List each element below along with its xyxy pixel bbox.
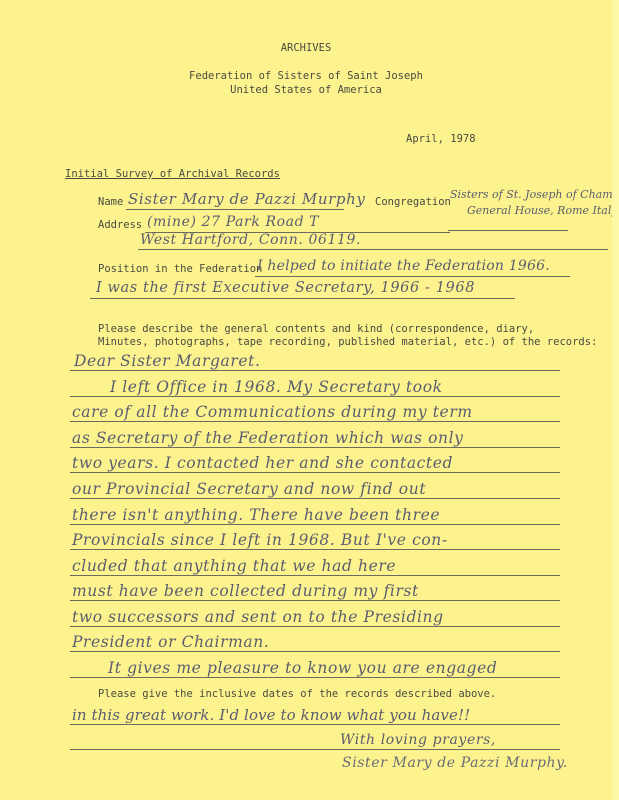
dates-rule (70, 749, 560, 750)
document-date: April, 1978 (406, 133, 476, 145)
dates-rule (70, 724, 560, 725)
answer-line: there isn't anything. There have been th… (72, 506, 440, 524)
answer-rule (70, 396, 560, 397)
answer-line: two years. I contacted her and she conta… (72, 454, 453, 472)
answer-rule (70, 498, 560, 499)
page-edge (612, 0, 619, 800)
congregation-label: Congregation (375, 196, 451, 208)
answer-rule (70, 421, 560, 422)
answer-rule (70, 651, 560, 652)
name-field-line (126, 209, 344, 210)
address-value-line-2: West Hartford, Conn. 06119. (140, 232, 361, 248)
dates-prompt: Please give the inclusive dates of the r… (98, 688, 496, 700)
signature: Sister Mary de Pazzi Murphy. (342, 755, 568, 771)
name-label: Name (98, 196, 123, 208)
organization-line-2: United States of America (0, 84, 612, 96)
answer-line: It gives me pleasure to know you are eng… (108, 659, 497, 677)
address-field-line-2 (138, 249, 608, 250)
answer-line: two successors and sent on to the Presid… (72, 608, 444, 626)
position-value-line-1: I helped to initiate the Federation 1966… (257, 258, 550, 274)
answer-rule (70, 447, 560, 448)
describe-prompt-line-1: Please describe the general contents and… (98, 323, 534, 335)
answer-line: cluded that anything that we had here (72, 557, 396, 575)
answer-rule (70, 472, 560, 473)
describe-prompt-line-2: Minutes, photographs, tape recording, pu… (98, 336, 597, 348)
survey-page: ARCHIVES Federation of Sisters of Saint … (0, 0, 612, 800)
closing-line: With loving prayers, (340, 732, 496, 748)
answer-line: President or Chairman. (72, 633, 269, 651)
organization-line-1: Federation of Sisters of Saint Joseph (0, 70, 612, 82)
name-value: Sister Mary de Pazzi Murphy (128, 190, 365, 208)
position-value-line-2: I was the first Executive Secretary, 196… (96, 280, 475, 296)
answer-line: our Provincial Secretary and now find ou… (72, 480, 426, 498)
answer-rule (70, 575, 560, 576)
form-title: Initial Survey of Archival Records (65, 168, 280, 180)
answer-rule (70, 370, 560, 371)
address-label: Address (98, 219, 142, 231)
answer-rule (70, 600, 560, 601)
answer-line: Provincials since I left in 1968. But I'… (72, 531, 448, 549)
archives-heading: ARCHIVES (0, 42, 612, 54)
answer-rule (70, 524, 560, 525)
congregation-field-line (448, 230, 568, 231)
position-label: Position in the Federation (98, 263, 262, 275)
dates-line: in this great work. I'd love to know wha… (72, 706, 470, 724)
position-field-line-2 (90, 298, 515, 299)
answer-rule (70, 549, 560, 550)
answer-line: I left Office in 1968. My Secretary took (110, 378, 443, 396)
answer-rule (70, 626, 560, 627)
position-field-line-1 (255, 276, 570, 277)
answer-line: as Secretary of the Federation which was… (72, 429, 464, 447)
answer-line: care of all the Communications during my… (72, 403, 473, 421)
congregation-value-line-2: General House, Rome Italy (467, 204, 618, 217)
congregation-value-line-1: Sisters of St. Joseph of Chambery (450, 188, 619, 201)
answer-line: must have been collected during my first (72, 582, 419, 600)
address-value-line-1: (mine) 27 Park Road T (147, 214, 319, 230)
answer-rule (70, 677, 560, 678)
answer-line: Dear Sister Margaret. (74, 352, 260, 370)
